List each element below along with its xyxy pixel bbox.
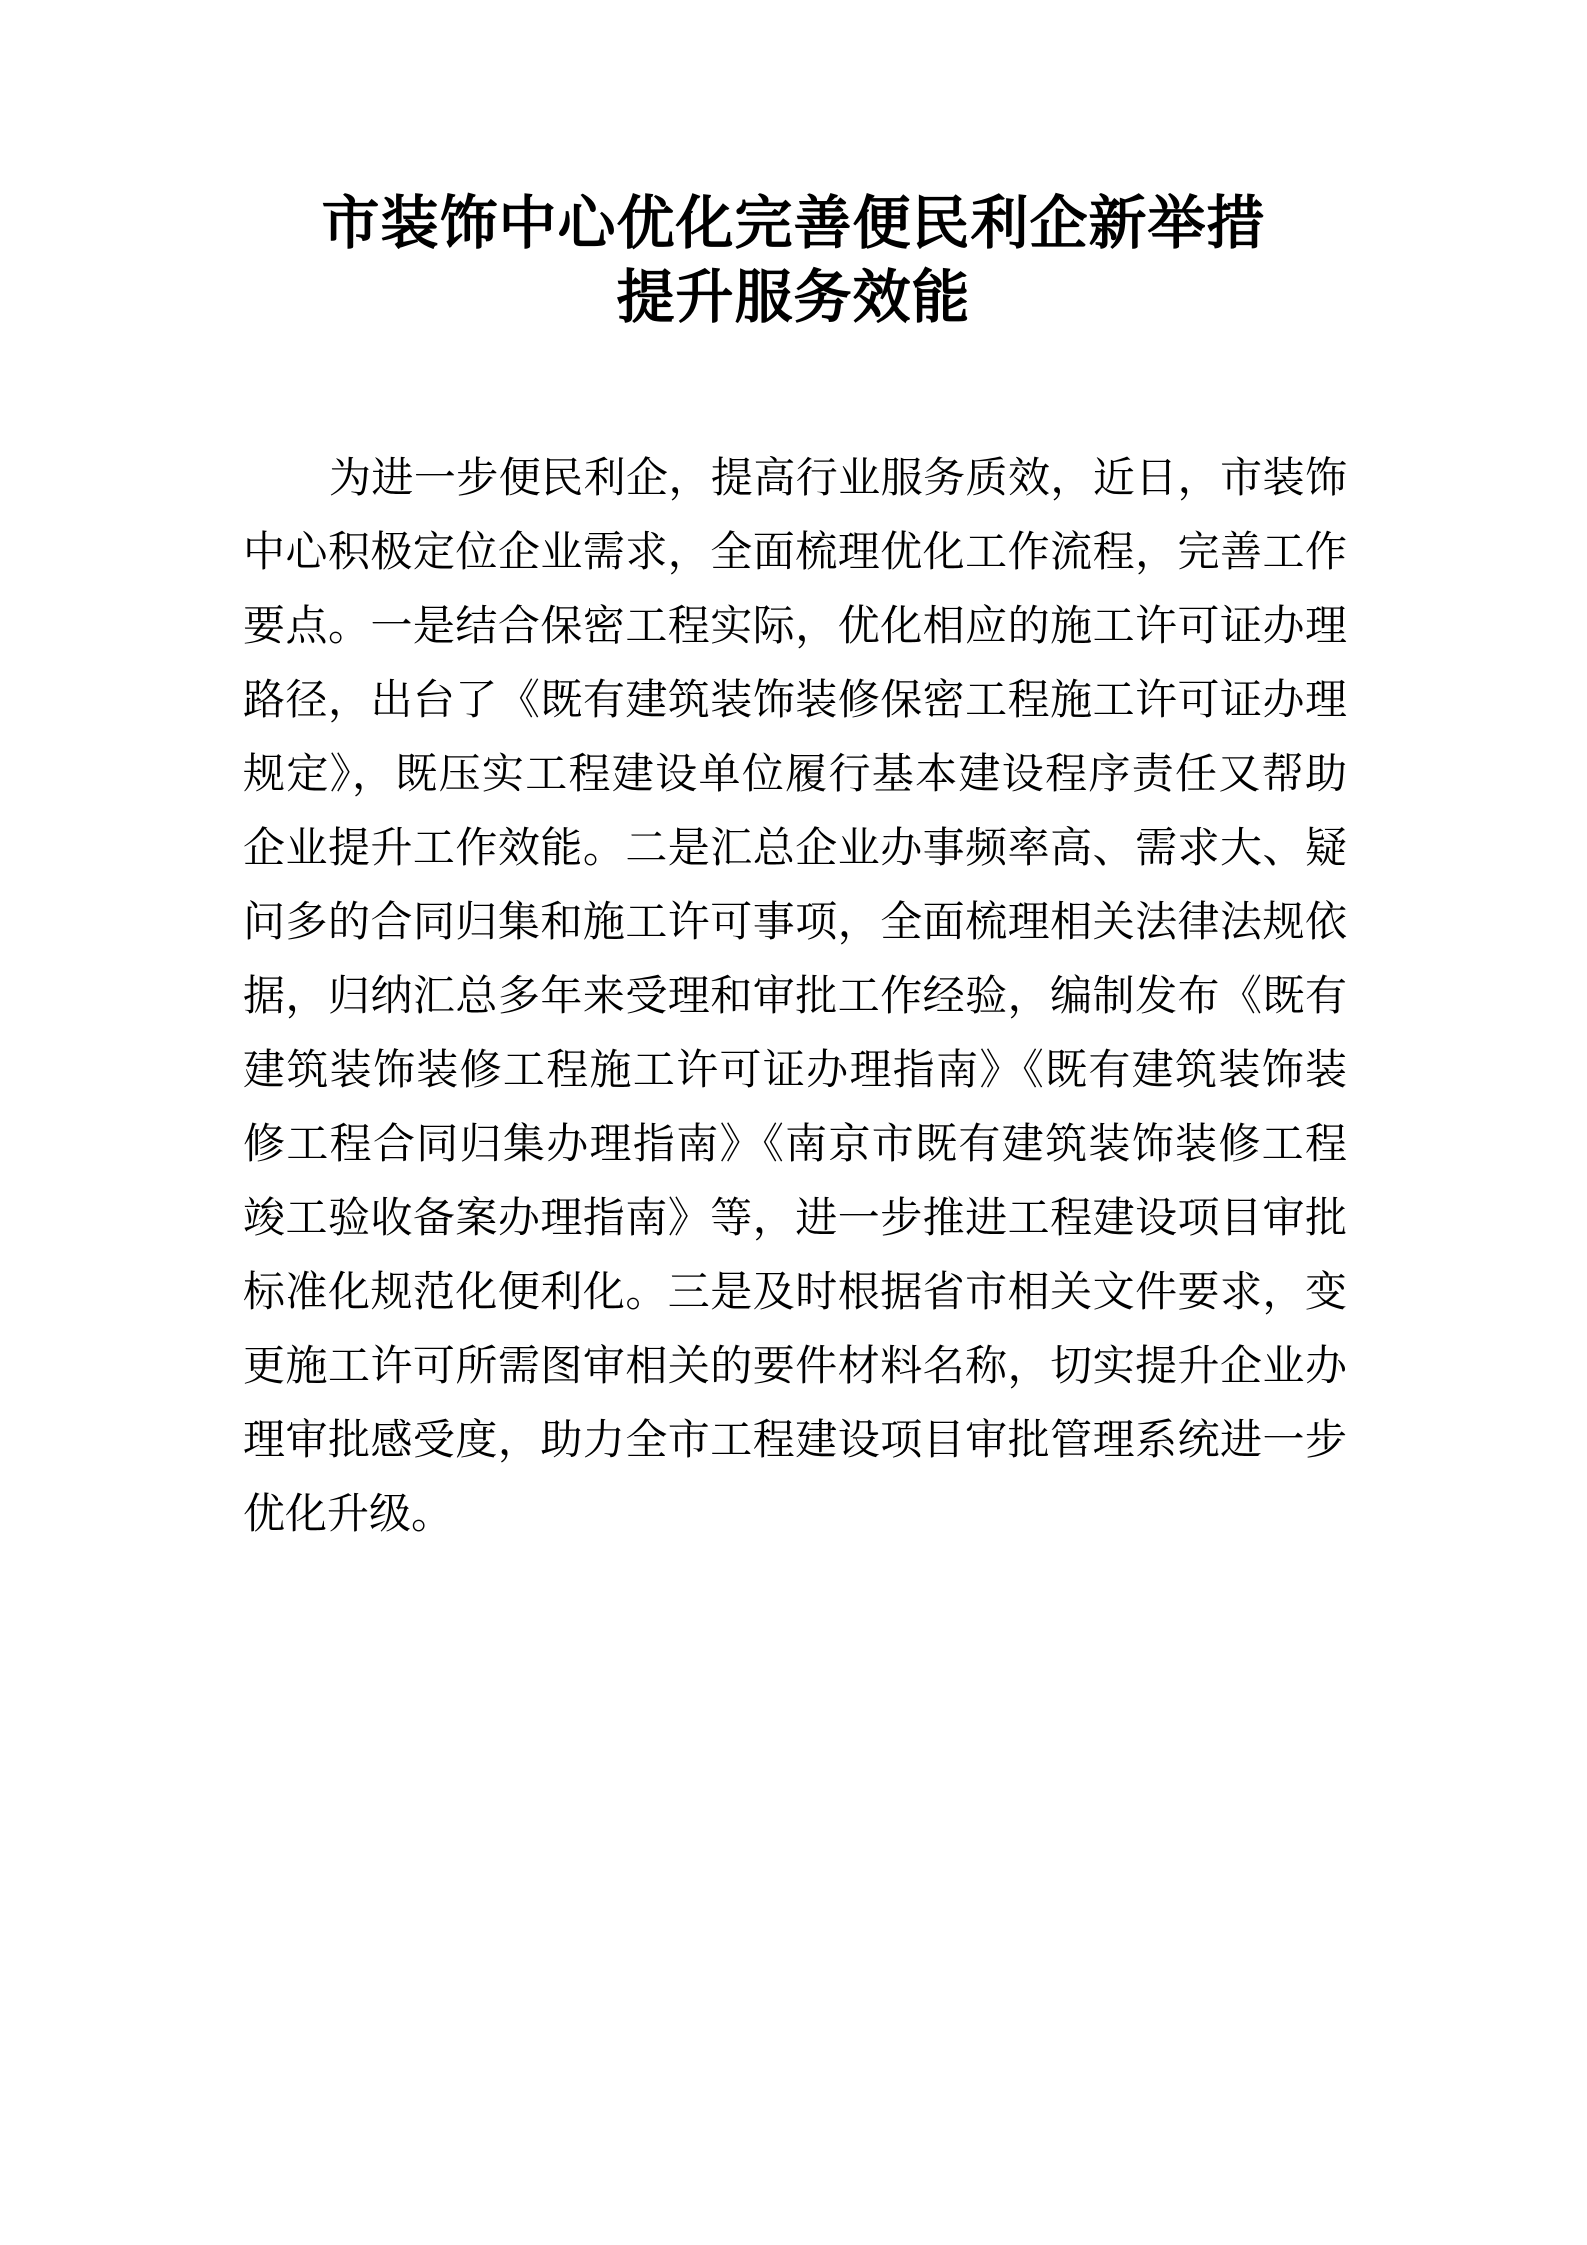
body-line: 路径，出台了《既有建筑装饰装修保密工程施工许可证办理 — [243, 664, 1347, 738]
body-line: 修工程合同归集办理指南》《南京市既有建筑装饰装修工程 — [243, 1108, 1347, 1182]
body-line: 要点。一是结合保密工程实际，优化相应的施工许可证办理 — [243, 590, 1347, 664]
body-line: 中心积极定位企业需求，全面梳理优化工作流程，完善工作 — [243, 516, 1347, 590]
body-line: 建筑装饰装修工程施工许可证办理指南》《既有建筑装饰装 — [243, 1034, 1347, 1108]
document-body: 为进一步便民利企，提高行业服务质效，近日，市装饰中心积极定位企业需求，全面梳理优… — [243, 442, 1347, 1552]
document-page: 市装饰中心优化完善便民利企新举措 提升服务效能 为进一步便民利企，提高行业服务质… — [0, 0, 1587, 2245]
body-line: 竣工验收备案办理指南》等，进一步推进工程建设项目审批 — [243, 1182, 1347, 1256]
body-line: 问多的合同归集和施工许可事项，全面梳理相关法律法规依 — [243, 886, 1347, 960]
body-line: 企业提升工作效能。二是汇总企业办事频率高、需求大、疑 — [243, 812, 1347, 886]
body-line: 标准化规范化便利化。三是及时根据省市相关文件要求，变 — [243, 1256, 1347, 1330]
title-line-1: 市装饰中心优化完善便民利企新举措 — [0, 187, 1587, 261]
body-line: 为进一步便民利企，提高行业服务质效，近日，市装饰 — [243, 442, 1347, 516]
body-line: 理审批感受度，助力全市工程建设项目审批管理系统进一步 — [243, 1404, 1347, 1478]
body-line: 更施工许可所需图审相关的要件材料名称，切实提升企业办 — [243, 1330, 1347, 1404]
body-line: 规定》，既压实工程建设单位履行基本建设程序责任又帮助 — [243, 738, 1347, 812]
title-line-2: 提升服务效能 — [0, 261, 1587, 335]
body-line: 优化升级。 — [243, 1478, 1347, 1552]
body-line: 据，归纳汇总多年来受理和审批工作经验，编制发布《既有 — [243, 960, 1347, 1034]
document-title: 市装饰中心优化完善便民利企新举措 提升服务效能 — [0, 187, 1587, 335]
